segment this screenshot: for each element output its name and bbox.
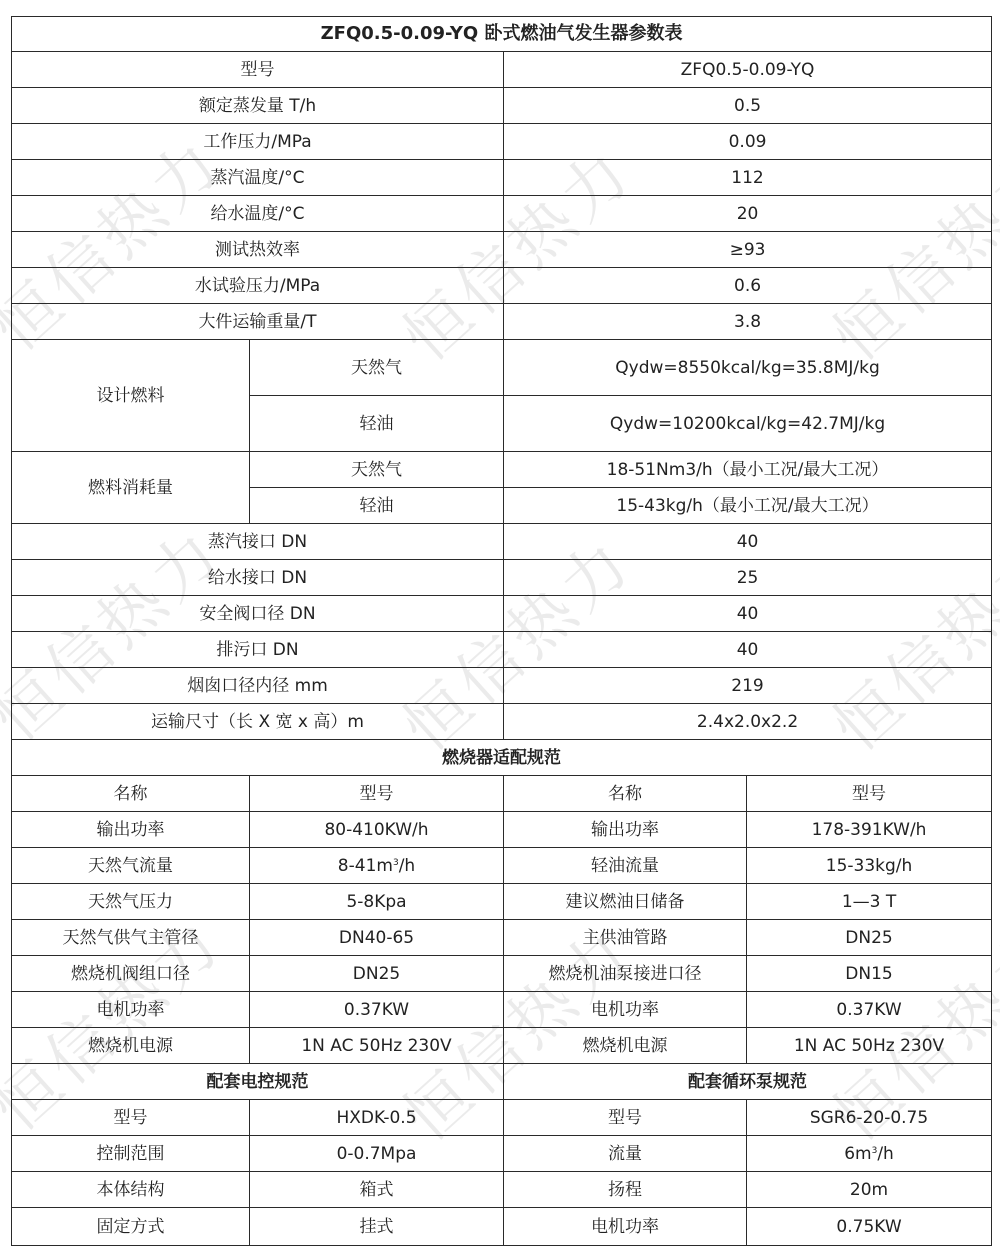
table-row: 水试验压力/MPa 0.6 xyxy=(12,268,992,304)
gas-value: DN40-65 xyxy=(250,920,504,956)
control-name: 控制范围 xyxy=(12,1136,250,1172)
column-header: 型号 xyxy=(747,776,992,812)
param-value: 40 xyxy=(504,596,992,632)
oil-name: 轻油流量 xyxy=(504,848,747,884)
table-row: 安全阀口径 DN 40 xyxy=(12,596,992,632)
gas-value: 80-410KW/h xyxy=(250,812,504,848)
oil-value: DN15 xyxy=(747,956,992,992)
gas-name: 天然气流量 xyxy=(12,848,250,884)
pump-value: SGR6-20-0.75 xyxy=(747,1100,992,1136)
table-row: 蒸汽温度/°C 112 xyxy=(12,160,992,196)
fuel-value: Qydw=8550kcal/kg=35.8MJ/kg xyxy=(504,340,992,396)
pump-value: 6m3/h xyxy=(747,1136,992,1172)
table-row: 天然气供气主管径 DN40-65 主供油管路 DN25 xyxy=(12,920,992,956)
param-value: 3.8 xyxy=(504,304,992,340)
fuel-type: 天然气 xyxy=(250,452,504,488)
table-row: 燃烧机电源 1N AC 50Hz 230V 燃烧机电源 1N AC 50Hz 2… xyxy=(12,1028,992,1064)
table-row: 给水温度/°C 20 xyxy=(12,196,992,232)
table-row: 燃烧机阀组口径 DN25 燃烧机油泵接进口径 DN15 xyxy=(12,956,992,992)
oil-value: DN25 xyxy=(747,920,992,956)
param-value: 40 xyxy=(504,632,992,668)
pump-value-suffix: /h xyxy=(877,1144,894,1164)
pump-name: 电机功率 xyxy=(504,1208,747,1246)
section-row: 燃烧器适配规范 xyxy=(12,740,992,776)
table-row: 控制范围 0-0.7Mpa 流量 6m3/h xyxy=(12,1136,992,1172)
param-label: 给水接口 DN xyxy=(12,560,504,596)
param-value: 20 xyxy=(504,196,992,232)
title-row: ZFQ0.5-0.09-YQ 卧式燃油气发生器参数表 xyxy=(12,17,992,52)
param-label: 型号 xyxy=(12,52,504,88)
param-value: 25 xyxy=(504,560,992,596)
table-row: 型号 HXDK-0.5 型号 SGR6-20-0.75 xyxy=(12,1100,992,1136)
param-label: 蒸汽接口 DN xyxy=(12,524,504,560)
table-row: 测试热效率 ≥93 xyxy=(12,232,992,268)
table-row: 运输尺寸（长 X 宽 x 高）m 2.4x2.0x2.2 xyxy=(12,704,992,740)
oil-value: 178-391KW/h xyxy=(747,812,992,848)
param-value: 2.4x2.0x2.2 xyxy=(504,704,992,740)
oil-name: 电机功率 xyxy=(504,992,747,1028)
gas-name: 输出功率 xyxy=(12,812,250,848)
param-value: 40 xyxy=(504,524,992,560)
fuel-type: 轻油 xyxy=(250,488,504,524)
table-row: 天然气流量 8-41m3/h 轻油流量 15-33kg/h xyxy=(12,848,992,884)
table-row: 固定方式 挂式 电机功率 0.75KW xyxy=(12,1208,992,1246)
param-label: 给水温度/°C xyxy=(12,196,504,232)
burner-section-title: 燃烧器适配规范 xyxy=(12,740,992,776)
parameter-table: ZFQ0.5-0.09-YQ 卧式燃油气发生器参数表 型号 ZFQ0.5-0.0… xyxy=(11,16,992,1246)
param-label: 水试验压力/MPa xyxy=(12,268,504,304)
param-label: 烟囱口径内径 mm xyxy=(12,668,504,704)
oil-value: 0.37KW xyxy=(747,992,992,1028)
pump-section-title: 配套循环泵规范 xyxy=(504,1064,992,1100)
oil-name: 建议燃油日储备 xyxy=(504,884,747,920)
control-value: 0-0.7Mpa xyxy=(250,1136,504,1172)
param-value: 112 xyxy=(504,160,992,196)
gas-value: 8-41m3/h xyxy=(250,848,504,884)
table-row: 烟囱口径内径 mm 219 xyxy=(12,668,992,704)
param-label: 运输尺寸（长 X 宽 x 高）m xyxy=(12,704,504,740)
control-name: 型号 xyxy=(12,1100,250,1136)
section-row: 配套电控规范 配套循环泵规范 xyxy=(12,1064,992,1100)
param-label: 蒸汽温度/°C xyxy=(12,160,504,196)
consumption-value: 18-51Nm3/h（最小工况/最大工况） xyxy=(504,452,992,488)
control-value: 箱式 xyxy=(250,1172,504,1208)
column-header: 名称 xyxy=(12,776,250,812)
param-label: 测试热效率 xyxy=(12,232,504,268)
pump-name: 扬程 xyxy=(504,1172,747,1208)
param-label: 大件运输重量/T xyxy=(12,304,504,340)
gas-name: 天然气压力 xyxy=(12,884,250,920)
gas-value-suffix: /h xyxy=(399,856,416,876)
gas-value: 0.37KW xyxy=(250,992,504,1028)
param-label: 工作压力/MPa xyxy=(12,124,504,160)
control-value: 挂式 xyxy=(250,1208,504,1246)
pump-value: 0.75KW xyxy=(747,1208,992,1246)
param-label: 安全阀口径 DN xyxy=(12,596,504,632)
pump-value-base: 6m xyxy=(844,1144,871,1164)
oil-value: 15-33kg/h xyxy=(747,848,992,884)
control-name: 本体结构 xyxy=(12,1172,250,1208)
gas-value: DN25 xyxy=(250,956,504,992)
fuel-consumption-label: 燃料消耗量 xyxy=(12,452,250,524)
gas-name: 燃烧机电源 xyxy=(12,1028,250,1064)
table-row: 设计燃料 天然气 Qydw=8550kcal/kg=35.8MJ/kg xyxy=(12,340,992,396)
param-value: ZFQ0.5-0.09-YQ xyxy=(504,52,992,88)
param-label: 额定蒸发量 T/h xyxy=(12,88,504,124)
header-row: 名称 型号 名称 型号 xyxy=(12,776,992,812)
design-fuel-label: 设计燃料 xyxy=(12,340,250,452)
pump-name: 流量 xyxy=(504,1136,747,1172)
fuel-value: Qydw=10200kcal/kg=42.7MJ/kg xyxy=(504,396,992,452)
table-row: 蒸汽接口 DN 40 xyxy=(12,524,992,560)
table-row: 排污口 DN 40 xyxy=(12,632,992,668)
table-row: 本体结构 箱式 扬程 20m xyxy=(12,1172,992,1208)
param-value: 0.6 xyxy=(504,268,992,304)
table-row: 燃料消耗量 天然气 18-51Nm3/h（最小工况/最大工况） xyxy=(12,452,992,488)
gas-value-base: 8-41m xyxy=(338,856,393,876)
oil-value: 1—3 T xyxy=(747,884,992,920)
pump-name: 型号 xyxy=(504,1100,747,1136)
table-row: 电机功率 0.37KW 电机功率 0.37KW xyxy=(12,992,992,1028)
oil-value: 1N AC 50Hz 230V xyxy=(747,1028,992,1064)
table-row: 天然气压力 5-8Kpa 建议燃油日储备 1—3 T xyxy=(12,884,992,920)
fuel-type: 天然气 xyxy=(250,340,504,396)
oil-name: 输出功率 xyxy=(504,812,747,848)
table-row: 大件运输重量/T 3.8 xyxy=(12,304,992,340)
gas-name: 燃烧机阀组口径 xyxy=(12,956,250,992)
pump-value: 20m xyxy=(747,1172,992,1208)
column-header: 型号 xyxy=(250,776,504,812)
param-value: ≥93 xyxy=(504,232,992,268)
table-title: ZFQ0.5-0.09-YQ 卧式燃油气发生器参数表 xyxy=(12,17,992,52)
table-row: 工作压力/MPa 0.09 xyxy=(12,124,992,160)
control-name: 固定方式 xyxy=(12,1208,250,1246)
gas-value: 1N AC 50Hz 230V xyxy=(250,1028,504,1064)
table-row: 输出功率 80-410KW/h 输出功率 178-391KW/h xyxy=(12,812,992,848)
param-value: 0.5 xyxy=(504,88,992,124)
gas-name: 电机功率 xyxy=(12,992,250,1028)
fuel-type: 轻油 xyxy=(250,396,504,452)
table-row: 额定蒸发量 T/h 0.5 xyxy=(12,88,992,124)
oil-name: 燃烧机电源 xyxy=(504,1028,747,1064)
oil-name: 燃烧机油泵接进口径 xyxy=(504,956,747,992)
param-value: 0.09 xyxy=(504,124,992,160)
gas-value: 5-8Kpa xyxy=(250,884,504,920)
table-row: 型号 ZFQ0.5-0.09-YQ xyxy=(12,52,992,88)
consumption-value: 15-43kg/h（最小工况/最大工况） xyxy=(504,488,992,524)
oil-name: 主供油管路 xyxy=(504,920,747,956)
gas-name: 天然气供气主管径 xyxy=(12,920,250,956)
control-value: HXDK-0.5 xyxy=(250,1100,504,1136)
table-row: 给水接口 DN 25 xyxy=(12,560,992,596)
control-section-title: 配套电控规范 xyxy=(12,1064,504,1100)
param-label: 排污口 DN xyxy=(12,632,504,668)
param-value: 219 xyxy=(504,668,992,704)
column-header: 名称 xyxy=(504,776,747,812)
